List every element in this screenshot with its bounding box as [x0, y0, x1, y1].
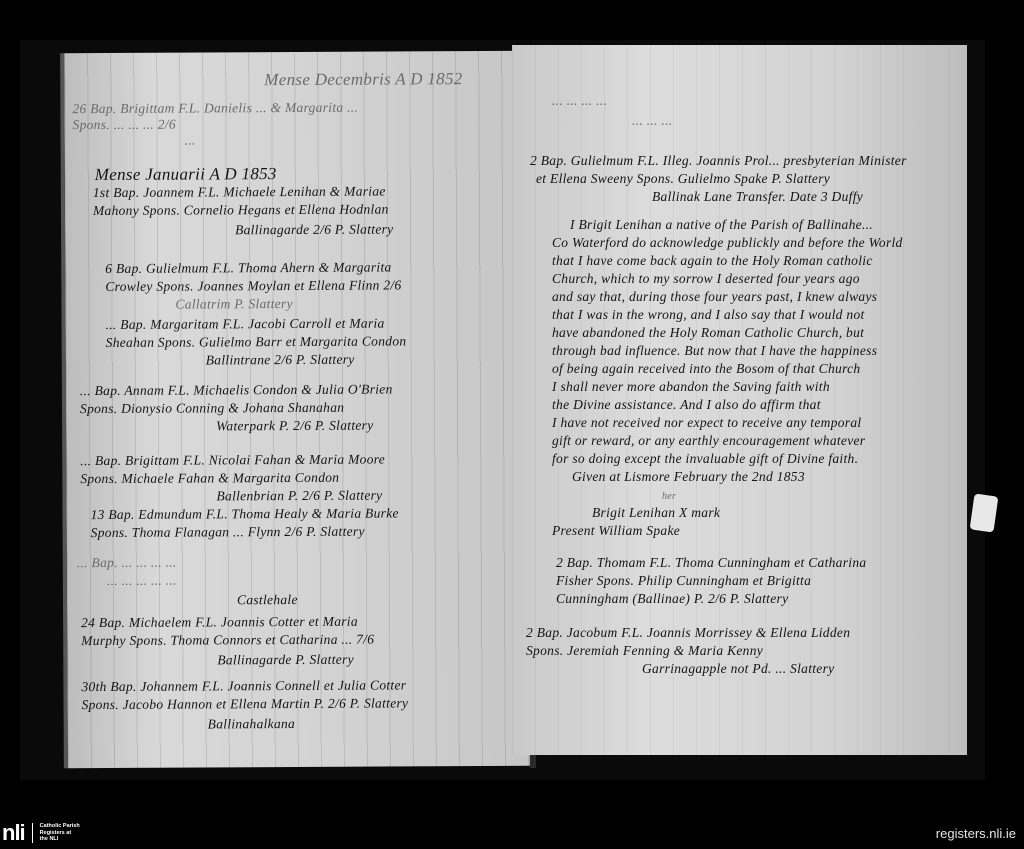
logo-text-line: the NLI [40, 836, 80, 843]
entry-line: ... Bap. Brigittam F.L. Nicolai Fahan & … [80, 452, 385, 470]
declaration-line: have abandoned the Holy Roman Catholic C… [552, 325, 864, 341]
entry-line: Fisher Spons. Philip Cunningham et Brigi… [556, 573, 811, 589]
entry-line: Ballenbrian P. 2/6 P. Slattery [216, 488, 382, 505]
entry-line: ... [185, 133, 196, 149]
nli-logo-text: Catholic Parish Registers at the NLI [40, 823, 80, 843]
declaration-line: I Brigit Lenihan a native of the Parish … [570, 217, 873, 233]
entry-line: 2 Bap. Gulielmum F.L. Illeg. Joannis Pro… [530, 153, 907, 169]
entry-line: ... ... ... [632, 113, 672, 129]
entry-line: Cunningham (Ballinae) P. 2/6 P. Slattery [556, 591, 788, 607]
entry-line: Spons. Dionysio Conning & Johana Shanaha… [80, 400, 344, 417]
entry-line: 1st Bap. Joannem F.L. Michaele Lenihan &… [93, 184, 386, 202]
left-page: Mense Decembris A D 1852 26 Bap. Brigitt… [60, 51, 530, 768]
declaration-line: for so doing except the invaluable gift … [552, 451, 858, 467]
entry-line: 30th Bap. Johannem F.L. Joannis Connell … [81, 677, 406, 695]
entry-line: 2 Bap. Jacobum F.L. Joannis Morrissey & … [526, 625, 850, 641]
entry-line: Spons. Jeremiah Fenning & Maria Kenny [526, 643, 763, 659]
entry-line: ... Bap. Annam F.L. Michaelis Condon & J… [80, 381, 393, 399]
declaration-line: gift or reward, or any earthly encourage… [552, 433, 865, 449]
entry-line: Waterpark P. 2/6 P. Slattery [216, 418, 373, 435]
entry-line: Spons. Jacobo Hannon et Ellena Martin P.… [82, 695, 409, 713]
paper-tab [970, 494, 999, 533]
signature-witness: Present William Spake [552, 523, 680, 539]
entry-line: Sheahan Spons. Gulielmo Barr et Margarit… [106, 333, 407, 351]
entry-line: ... Bap. Margaritam F.L. Jacobi Carroll … [106, 316, 385, 333]
entry-line: 2 Bap. Thomam F.L. Thoma Cunningham et C… [556, 555, 866, 571]
declaration-line: and say that, during those four years pa… [552, 289, 877, 305]
declaration-date: Given at Lismore February the 2nd 1853 [572, 469, 805, 485]
entry-line: 13 Bap. Edmundum F.L. Thoma Healy & Mari… [91, 505, 399, 523]
logo-divider [32, 823, 33, 843]
declaration-line: the Divine assistance. And I also do aff… [552, 397, 821, 413]
declaration-line: Co Waterford do acknowledge publickly an… [552, 235, 903, 251]
nli-logo-mark: nli [2, 822, 25, 844]
left-heading-jan-1853: Mense Januarii A D 1853 [95, 164, 277, 185]
right-page: ... ... ... ... ... ... ... 2 Bap. Gulie… [512, 45, 967, 755]
declaration-line: of being again received into the Bosom o… [552, 361, 860, 377]
entry-line: Castlehale [237, 592, 298, 608]
declaration-line: I have not received nor expect to receiv… [552, 415, 861, 431]
entry-line: ... Bap. ... ... ... ... [77, 555, 177, 572]
left-heading-dec-1852: Mense Decembris A D 1852 [264, 69, 462, 90]
declaration-line: I shall never more abandon the Saving fa… [552, 379, 830, 395]
entry-line: Ballintrane 2/6 P. Slattery [206, 352, 355, 369]
site-url: registers.nli.ie [936, 826, 1016, 841]
declaration-line: that I was in the wrong, and I also say … [552, 307, 865, 323]
declaration-line: that I have come back again to the Holy … [552, 253, 873, 269]
entry-line: 24 Bap. Michaelem F.L. Joannis Cotter et… [81, 614, 358, 631]
entry-line: et Ellena Sweeny Spons. Gulielmo Spake P… [536, 171, 830, 187]
entry-line: Spons. ... ... ... 2/6 [72, 117, 175, 134]
entry-line: 6 Bap. Gulielmum F.L. Thoma Ahern & Marg… [105, 259, 391, 276]
entry-line: Ballinahalkana [208, 716, 296, 732]
register-book: Mense Decembris A D 1852 26 Bap. Brigitt… [20, 40, 985, 780]
entry-line: Garrinagapple not Pd. ... Slattery [642, 661, 834, 677]
entry-line: Callatrim P. Slattery [175, 296, 293, 313]
signature-mark: Brigit Lenihan X mark [592, 505, 720, 521]
nli-logo: nli Catholic Parish Registers at the NLI [2, 822, 80, 844]
entry-line: Mahony Spons. Cornelio Hegans et Ellena … [93, 202, 389, 220]
entry-line: Crowley Spons. Joannes Moylan et Ellena … [105, 277, 401, 295]
entry-line: Spons. Thoma Flanagan ... Flynn 2/6 P. S… [91, 524, 365, 541]
entry-line: Ballinagarde 2/6 P. Slattery [235, 221, 393, 238]
entry-line: Spons. Michaele Fahan & Margarita Condon [80, 470, 339, 487]
entry-line: Murphy Spons. Thoma Connors et Catharina… [81, 632, 374, 650]
entry-line: ... ... ... ... [552, 93, 607, 109]
logo-text-line: Catholic Parish [40, 823, 80, 830]
entry-line: Ballinagarde P. Slattery [217, 652, 354, 669]
entry-line: 26 Bap. Brigittam F.L. Danielis ... & Ma… [72, 100, 358, 117]
signature-her: her [662, 491, 676, 502]
declaration-line: Church, which to my sorrow I deserted fo… [552, 271, 860, 287]
declaration-line: through bad influence. But now that I ha… [552, 343, 877, 359]
entry-line: Ballinak Lane Transfer. Date 3 Duffy [652, 189, 863, 205]
entry-line: ... ... ... ... ... [107, 573, 177, 589]
